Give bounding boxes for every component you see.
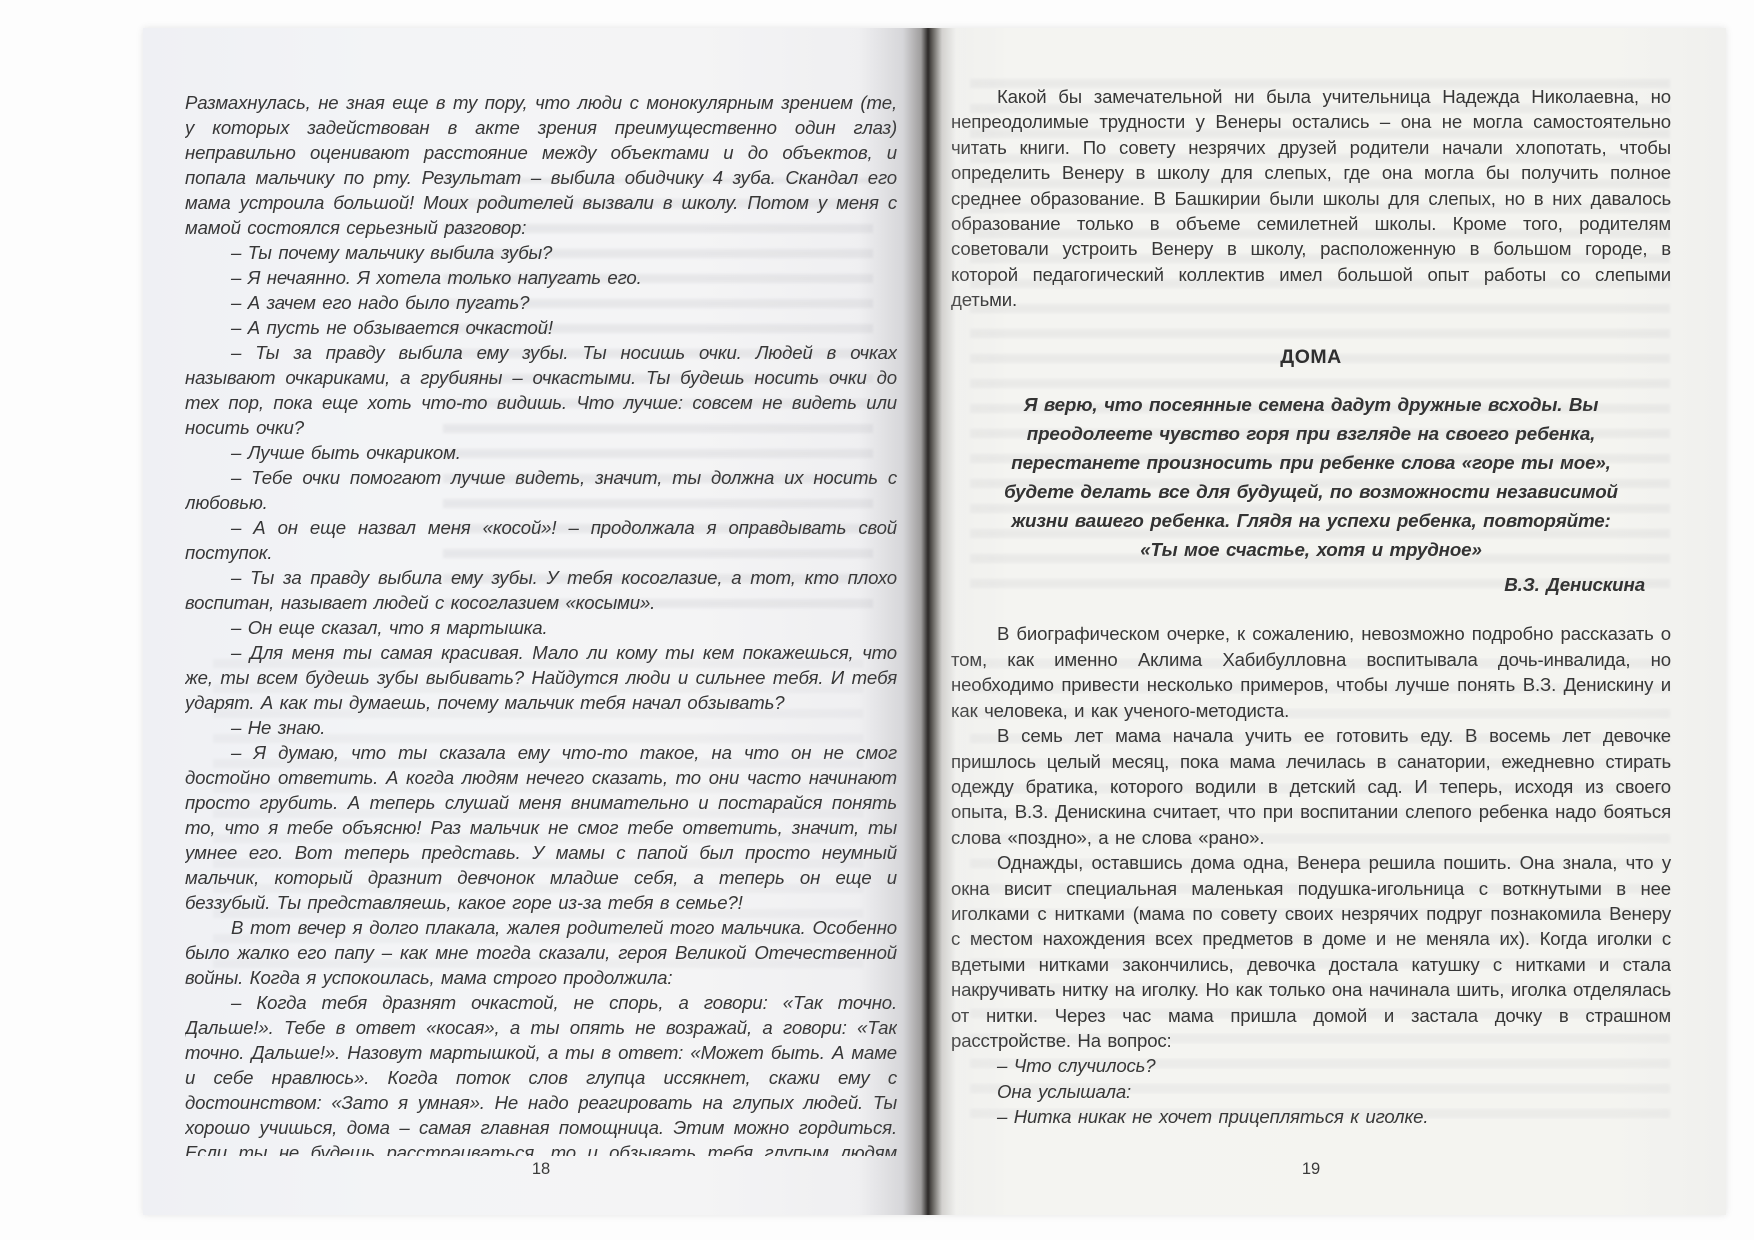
dialogue-line: – А пусть не обзывается очкастой!: [185, 315, 897, 340]
intro-paragraphs: Какой бы замечательной ни была учительни…: [951, 84, 1671, 313]
dialogue-line: – Для меня ты самая красивая. Мало ли ко…: [185, 640, 897, 715]
quote-line: преодолеете чувство горя при взгляде на …: [951, 419, 1671, 448]
dialogue-line: – Ты почему мальчику выбила зубы?: [185, 240, 897, 265]
paragraph: В семь лет мама начала учить ее готовить…: [951, 723, 1671, 850]
quote-line: перестанете произносить при ребенке слов…: [951, 448, 1671, 477]
dialogue-line: – Я думаю, что ты сказала ему что-то так…: [185, 740, 897, 915]
dialogue-line: – Не знаю.: [185, 715, 897, 740]
dialogue-line: – Что случилось?: [951, 1053, 1671, 1078]
right-page-text-column: Какой бы замечательной ни была учительни…: [951, 84, 1671, 1159]
dialogue-line: – Я нечаянно. Я хотела только напугать е…: [185, 265, 897, 290]
paragraph: В биографическом очерке, к сожалению, не…: [951, 621, 1671, 723]
main-paragraphs: В биографическом очерке, к сожалению, не…: [951, 621, 1671, 1129]
dialogue-line: – Когда тебя дразнят очкастой, не спорь,…: [185, 990, 897, 1156]
quote-line: будете делать все для будущей, по возмож…: [951, 477, 1671, 506]
dialogue-line: – Ты за правду выбила ему зубы. У тебя к…: [185, 565, 897, 615]
scanned-book-spread: Размахнулась, не зная еще в ту пору, что…: [0, 0, 1754, 1240]
left-page: Размахнулась, не зная еще в ту пору, что…: [143, 28, 930, 1215]
quote-line: «Ты мое счастье, хотя и трудное»: [951, 535, 1671, 564]
right-page-number: 19: [951, 1160, 1671, 1179]
dialogue-line: – Тебе очки помогают лучше видеть, значи…: [185, 465, 897, 515]
paragraph: Размахнулась, не зная еще в ту пору, что…: [185, 90, 897, 240]
left-page-text-column: Размахнулась, не зная еще в ту пору, что…: [185, 90, 897, 1156]
dialogue-line: – Нитка никак не хочет прицепляться к иг…: [951, 1104, 1671, 1129]
quote-attribution: В.З. Денискина: [951, 572, 1671, 597]
dialogue-line: – Он еще сказал, что я мартышка.: [185, 615, 897, 640]
dialogue-line: – Лучше быть очкариком.: [185, 440, 897, 465]
paragraph: В тот вечер я долго плакала, жалея родит…: [185, 915, 897, 990]
paragraph: Какой бы замечательной ни была учительни…: [951, 84, 1671, 313]
quote-line: жизни вашего ребенка. Глядя на успехи ре…: [951, 506, 1671, 535]
section-heading: ДОМА: [951, 345, 1671, 370]
right-page: Какой бы замечательной ни была учительни…: [930, 28, 1726, 1215]
paragraph: Однажды, оставшись дома одна, Венера реш…: [951, 850, 1671, 1053]
dialogue-line: – А он еще назвал меня «косой»! – продол…: [185, 515, 897, 565]
dialogue-line: – Ты за правду выбила ему зубы. Ты носиш…: [185, 340, 897, 440]
paragraph: Она услышала:: [951, 1079, 1671, 1104]
quote-line: Я верю, что посеянные семена дадут дружн…: [951, 390, 1671, 419]
dialogue-line: – А зачем его надо было пугать?: [185, 290, 897, 315]
quote-block: Я верю, что посеянные семена дадут дружн…: [951, 390, 1671, 564]
left-page-number: 18: [185, 1160, 897, 1179]
